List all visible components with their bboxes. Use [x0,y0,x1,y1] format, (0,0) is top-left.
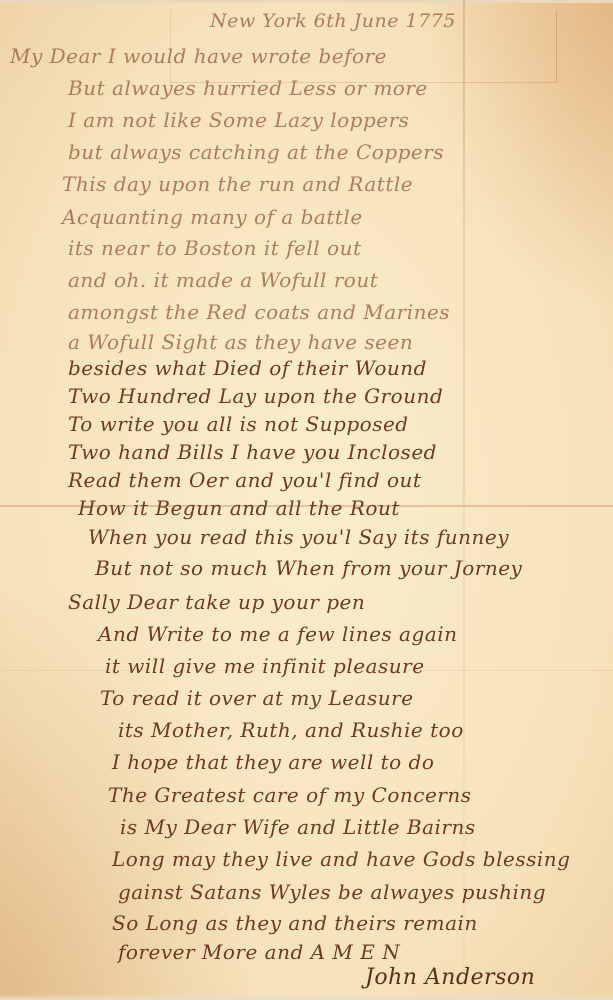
signature: John Anderson [365,965,535,990]
letter-line: its Mother, Ruth, and Rushie too [118,718,464,742]
letter-line: its near to Boston it fell out [68,236,362,260]
letter-line: a Wofull Sight as they have seen [68,330,413,354]
letter-line: And Write to me a few lines again [98,622,457,646]
paper-bottom-edge [0,994,613,1000]
letter-line: But not so much When from your Jorney [95,556,522,580]
letter-line: it will give me infinit pleasure [105,654,425,678]
letter-line: and oh. it made a Wofull rout [68,268,378,292]
letter-line: gainst Satans Wyles be alwayes pushing [118,880,546,904]
letter-line: The Greatest care of my Concerns [108,783,472,807]
letter-line: But alwayes hurried Less or more [68,76,428,100]
letter-line: To read it over at my Leasure [100,686,414,710]
dateline: New York 6th June 1775 [210,10,456,32]
letter-line: besides what Died of their Wound [68,356,427,380]
letter-line: is My Dear Wife and Little Bairns [120,815,476,839]
letter-line: This day upon the run and Rattle [62,172,413,196]
letter-page: New York 6th June 1775 My Dear I would h… [0,0,613,1000]
letter-line: When you read this you'l Say its funney [88,525,509,549]
letter-line: Two Hundred Lay upon the Ground [68,384,443,408]
letter-line: Two hand Bills I have you Inclosed [68,440,437,464]
letter-line: Sally Dear take up your pen [68,590,365,614]
letter-line: So Long as they and theirs remain [112,911,478,935]
letter-line: I am not like Some Lazy loppers [68,108,409,132]
letter-line: To write you all is not Supposed [68,412,409,436]
letter-line: How it Begun and all the Rout [78,496,400,520]
letter-line: Read them Oer and you'l find out [68,468,421,492]
letter-line: forever More and A M E N [118,940,400,964]
letter-line: My Dear I would have wrote before [10,44,387,68]
letter-line: Long may they live and have Gods blessin… [112,847,570,871]
letter-line: but always catching at the Coppers [68,140,444,164]
letter-line: Acquanting many of a battle [62,205,363,229]
paper-top-edge [0,0,613,3]
letter-line: amongst the Red coats and Marines [68,300,450,324]
letter-line: I hope that they are well to do [112,750,434,774]
